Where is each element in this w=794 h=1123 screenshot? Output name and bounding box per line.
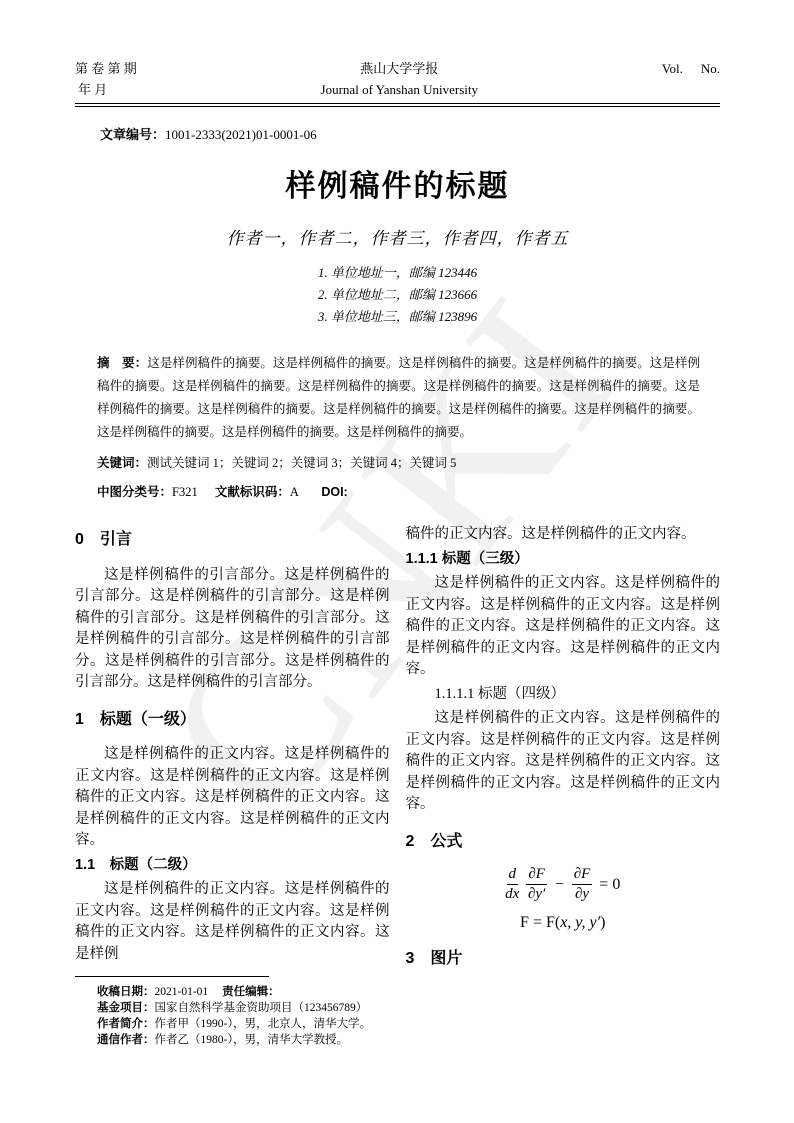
section-1-1-1-1-paragraph: 这是样例稿件的正文内容。这是样例稿件的正文内容。这是样例稿件的正文内容。这是样例… bbox=[406, 708, 721, 816]
footnote-fund: 基金项目：国家自然科学基金资助项目（123456789） bbox=[97, 1000, 371, 1016]
fraction-dF-dy: ∂F∂y bbox=[572, 866, 593, 904]
authors-line: 作者一，作者二，作者三，作者四，作者五 bbox=[75, 224, 720, 249]
affiliation-line: 2. 单位地址二，邮编 123666 bbox=[75, 284, 720, 306]
issue-volume-line: 第 卷 第 期 bbox=[75, 58, 137, 79]
keywords-label: 关键词： bbox=[97, 456, 147, 470]
article-number-label: 文章编号： bbox=[100, 127, 165, 142]
corresponding-author-value: 作者乙（1980-），男，清华大学教授。 bbox=[155, 1034, 349, 1046]
body-columns: 0 引言 这是样例稿件的引言部分。这是样例稿件的引言部分。这是样例稿件的引言部分… bbox=[75, 524, 720, 984]
heading-section-1-1-1: 1.1.1 标题（三级） bbox=[406, 549, 721, 571]
doc-code-value: A bbox=[290, 485, 298, 499]
article-number-line: 文章编号：1001-2333(2021)01-0001-06 bbox=[100, 124, 720, 143]
footnote-lines: 收稿日期：2021-01-01责任编辑： 基金项目：国家自然科学基金资助项目（1… bbox=[75, 984, 371, 1048]
received-date-value: 2021-01-01 bbox=[155, 986, 209, 998]
header-double-rule bbox=[75, 103, 720, 107]
author-bio-label: 作者简介： bbox=[97, 1018, 155, 1030]
section-1-1-1-paragraph: 这是样例稿件的正文内容。这是样例稿件的正文内容。这是样例稿件的正文内容。这是样例… bbox=[406, 573, 721, 681]
paper-title: 样例稿件的标题 bbox=[75, 161, 720, 205]
section-1-paragraph: 这是样例稿件的正文内容。这是样例稿件的正文内容。这是样例稿件的正文内容。这是样例… bbox=[75, 744, 390, 852]
footnote-separator bbox=[75, 976, 269, 977]
fraction-dF-dyprime: ∂F∂y′ bbox=[526, 866, 547, 904]
section-1-1-paragraph-left: 这是样例稿件的正文内容。这是样例稿件的正文内容。这是样例稿件的正文内容。这是样例… bbox=[75, 879, 390, 965]
issue-info: 第 卷 第 期 年 月 bbox=[75, 58, 137, 100]
heading-section-1: 1 标题（一级） bbox=[75, 709, 390, 731]
issue-date-line: 年 月 bbox=[75, 79, 137, 100]
intro-paragraph: 这是样例稿件的引言部分。这是样例稿件的引言部分。这是样例稿件的引言部分。这是样例… bbox=[75, 565, 390, 694]
page-content: 第 卷 第 期 年 月 燕山大学学报 Journal of Yanshan Un… bbox=[0, 0, 794, 984]
editor-label: 责任编辑： bbox=[222, 986, 280, 998]
keywords-line: 关键词：测试关键词 1；关键词 2；关键词 3；关键词 4；关键词 5 bbox=[97, 453, 700, 471]
corresponding-author-label: 通信作者： bbox=[97, 1034, 155, 1046]
doc-code-label: 文献标识码： bbox=[215, 485, 290, 499]
fraction-d-dx: ddx bbox=[505, 866, 519, 904]
fund-value: 国家自然科学基金资助项目（123456789） bbox=[155, 1002, 368, 1014]
abstract-paragraph: 摘 要：这是样例稿件的摘要。这是样例稿件的摘要。这是样例稿件的摘要。这是样例稿件… bbox=[97, 352, 700, 444]
heading-section-1-1: 1.1 标题（二级） bbox=[75, 855, 390, 877]
footnote-author-bio: 作者简介：作者甲（1990-），男，北京人，清华大学。 bbox=[97, 1016, 371, 1032]
heading-intro: 0 引言 bbox=[75, 529, 390, 551]
article-number-value: 1001-2333(2021)01-0001-06 bbox=[165, 127, 317, 142]
author-bio-value: 作者甲（1990-），男，北京人，清华大学。 bbox=[155, 1018, 372, 1030]
journal-name-en: Journal of Yanshan University bbox=[321, 79, 478, 100]
journal-name-cn: 燕山大学学报 bbox=[321, 58, 478, 79]
abstract-text: 这是样例稿件的摘要。这是样例稿件的摘要。这是样例稿件的摘要。这是样例稿件的摘要。… bbox=[97, 356, 700, 439]
journal-header: 第 卷 第 期 年 月 燕山大学学报 Journal of Yanshan Un… bbox=[75, 58, 720, 100]
clc-label: 中图分类号： bbox=[97, 485, 172, 499]
affiliation-line: 3. 单位地址三，邮编 123896 bbox=[75, 306, 720, 328]
no-label: No. bbox=[701, 61, 720, 76]
classification-line: 中图分类号：F321 文献标识码：A DOI: bbox=[97, 482, 700, 500]
function-definition-formula: F = F(x, y, y′) bbox=[406, 912, 721, 934]
fund-label: 基金项目： bbox=[97, 1002, 155, 1014]
equals-zero: = 0 bbox=[599, 874, 620, 896]
footnote-block: 收稿日期：2021-01-01责任编辑： 基金项目：国家自然科学基金资助项目（1… bbox=[75, 976, 371, 1048]
keywords-text: 测试关键词 1；关键词 2；关键词 3；关键词 4；关键词 5 bbox=[147, 456, 456, 470]
heading-figures: 3 图片 bbox=[406, 948, 721, 970]
affiliation-line: 1. 单位地址一，邮编 123446 bbox=[75, 262, 720, 284]
received-date-label: 收稿日期： bbox=[97, 986, 155, 998]
minus-operator: − bbox=[554, 874, 565, 896]
clc-value: F321 bbox=[172, 485, 198, 499]
paper-page: CNKI 第 卷 第 期 年 月 燕山大学学报 Journal of Yansh… bbox=[0, 0, 794, 1123]
doi-label: DOI: bbox=[321, 485, 347, 499]
section-1-1-paragraph-continued: 稿件的正文内容。这是样例稿件的正文内容。 bbox=[406, 524, 721, 546]
vol-label: Vol. bbox=[662, 61, 683, 76]
footnote-received: 收稿日期：2021-01-01责任编辑： bbox=[97, 984, 371, 1000]
abstract-label: 摘 要： bbox=[97, 356, 147, 370]
heading-formulas: 2 公式 bbox=[406, 831, 721, 853]
affiliations: 1. 单位地址一，邮编 123446 2. 单位地址二，邮编 123666 3.… bbox=[75, 262, 720, 328]
footnote-corresponding-author: 通信作者：作者乙（1980-），男，清华大学教授。 bbox=[97, 1032, 371, 1048]
heading-section-1-1-1-1: 1.1.1.1 标题（四级） bbox=[406, 684, 721, 706]
euler-lagrange-formula: ddx ∂F∂y′ − ∂F∂y = 0 bbox=[406, 866, 721, 904]
journal-name: 燕山大学学报 Journal of Yanshan University bbox=[321, 58, 478, 100]
right-column: 稿件的正文内容。这是样例稿件的正文内容。 1.1.1 标题（三级） 这是样例稿件… bbox=[406, 524, 721, 984]
left-column: 0 引言 这是样例稿件的引言部分。这是样例稿件的引言部分。这是样例稿件的引言部分… bbox=[75, 524, 390, 984]
vol-no: Vol.No. bbox=[662, 58, 720, 79]
